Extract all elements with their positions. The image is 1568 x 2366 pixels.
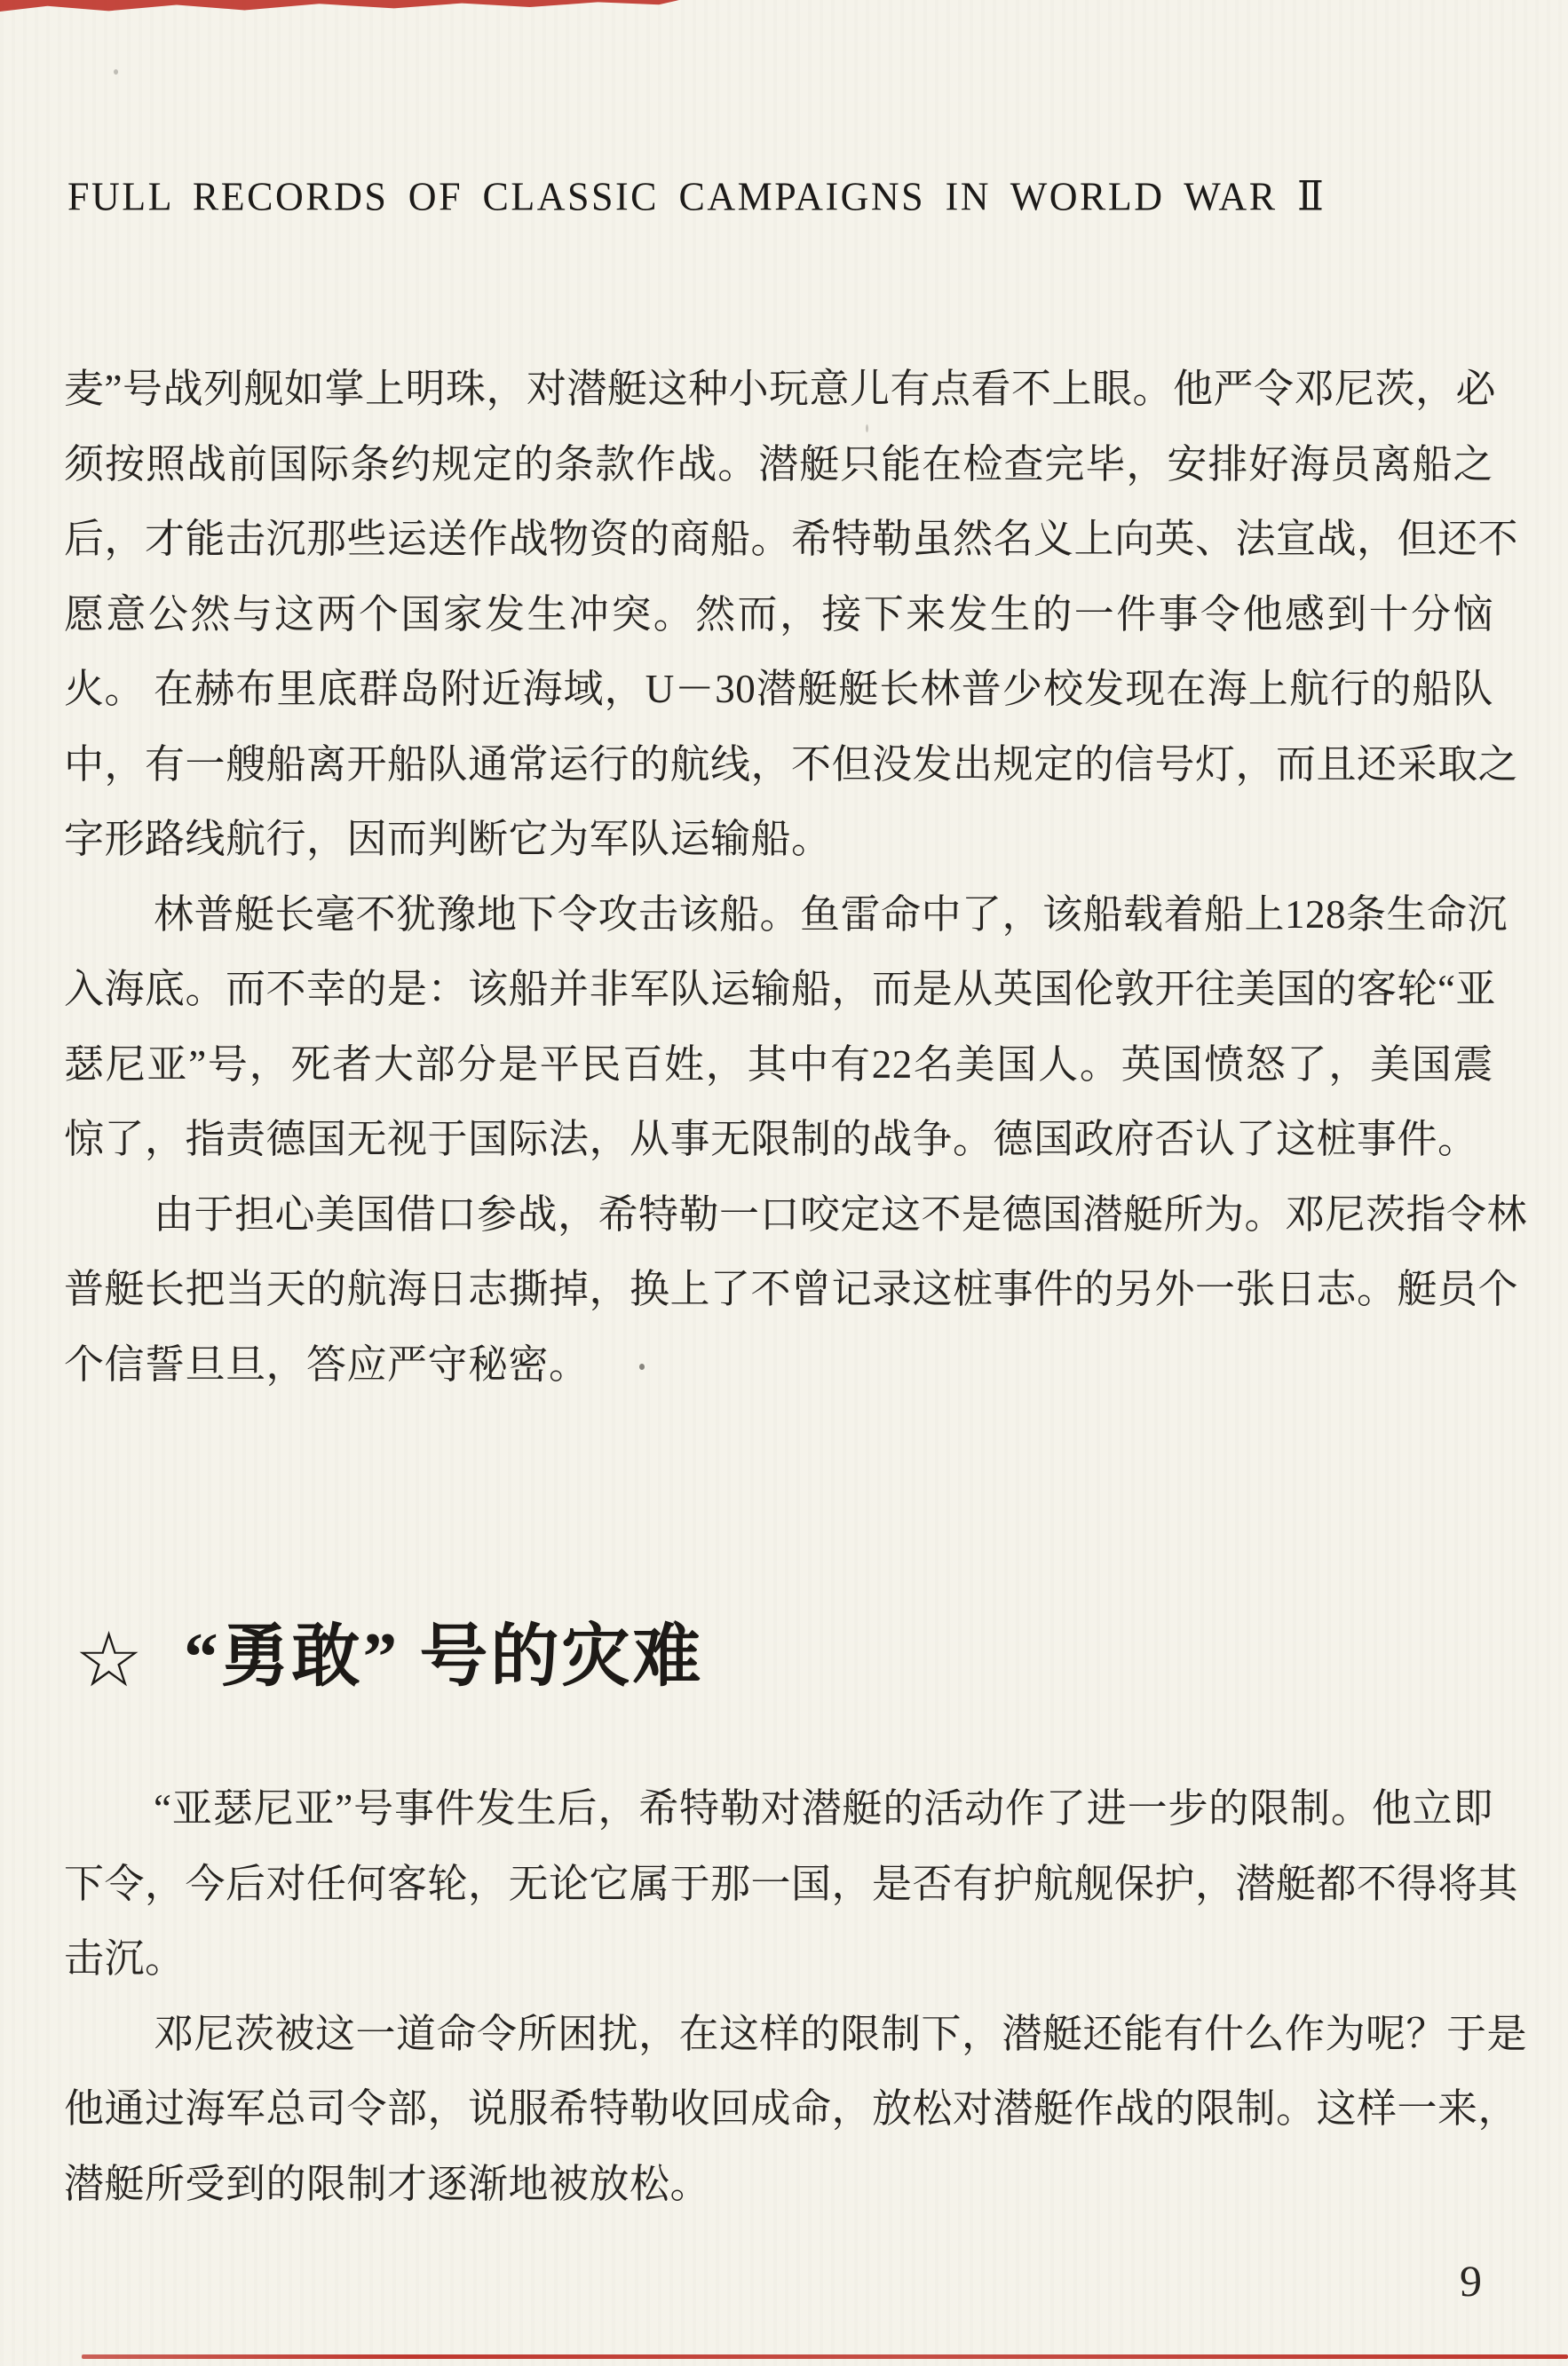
text-line: 下令，今后对任何客轮，无论它属于那一国，是否有护航舰保护，潜艇都不得将其 <box>64 1847 1493 1922</box>
text-line: 林普艇长毫不犹豫地下令攻击该船。鱼雷命中了，该船载着船上128条生命沉 <box>64 877 1493 953</box>
text-line: 在赫布里底群岛附近海域，U－30潜艇艇长林普少校发现在海上航行的船队 <box>64 652 1493 727</box>
dust-speck <box>114 69 118 75</box>
text-line: 瑟尼亚”号，死者大部分是平民百姓，其中有22名美国人。英国愤怒了，美国震 <box>64 1027 1493 1103</box>
red-page-edge-top <box>0 0 679 12</box>
star-icon: ☆ <box>75 1598 143 1722</box>
text-line: 击沉。 <box>64 1921 1493 1997</box>
dust-speck <box>639 1364 645 1370</box>
text-line: 普艇长把当天的航海日志撕掉，换上了不曾记录这桩事件的另外一张日志。艇员个 <box>64 1252 1493 1327</box>
body-text-block-2: “亚瑟尼亚”号事件发生后，希特勒对潜艇的活动作了进一步的限制。他立即下令，今后对… <box>64 1771 1493 2221</box>
body-text-block-1: 麦”号战列舰如掌上明珠，对潜艇这种小玩意儿有点看不上眼。他严令邓尼茨，必须按照战… <box>64 352 1493 1402</box>
text-line: “亚瑟尼亚”号事件发生后，希特勒对潜艇的活动作了进一步的限制。他立即 <box>64 1771 1493 1847</box>
text-line: 由于担心美国借口参战，希特勒一口咬定这不是德国潜艇所为。邓尼茨指令林 <box>64 1177 1493 1253</box>
dust-speck <box>866 424 868 432</box>
running-header: FULL RECORDS OF CLASSIC CAMPAIGNS IN WOR… <box>67 173 1506 220</box>
text-line: 字形路线航行，因而判断它为军队运输船。 <box>64 802 1493 877</box>
text-line: 个信誓旦旦，答应严守秘密。 <box>64 1327 1493 1403</box>
section-heading: ☆ “勇敢” 号的灾难 <box>75 1594 703 1719</box>
text-line: 愿意公然与这两个国家发生冲突。然而，接下来发生的一件事令他感到十分恼火。 <box>64 577 1493 653</box>
text-line: 中，有一艘船离开船队通常运行的航线，不但没发出规定的信号灯，而且还采取之 <box>64 727 1493 803</box>
page-number: 9 <box>1460 2255 1482 2307</box>
text-line: 惊了，指责德国无视于国际法，从事无限制的战争。德国政府否认了这桩事件。 <box>64 1102 1493 1177</box>
text-line: 潜艇所受到的限制才逐渐地被放松。 <box>64 2147 1493 2222</box>
book-page: FULL RECORDS OF CLASSIC CAMPAIGNS IN WOR… <box>0 0 1568 2366</box>
text-line: 邓尼茨被这一道命令所困扰，在这样的限制下，潜艇还能有什么作为呢？于是 <box>64 1997 1493 2072</box>
text-line: 后，才能击沉那些运送作战物资的商船。希特勒虽然名义上向英、法宣战，但还不 <box>64 502 1493 577</box>
red-page-edge-bottom <box>82 2354 1568 2359</box>
text-line: 他通过海军总司令部，说服希特勒收回成命，放松对潜艇作战的限制。这样一来， <box>64 2071 1493 2147</box>
text-line: 须按照战前国际条约规定的条款作战。潜艇只能在检查完毕，安排好海员离船之 <box>64 427 1493 502</box>
text-line: 入海底。而不幸的是：该船并非军队运输船，而是从英国伦敦开往美国的客轮“亚 <box>64 952 1493 1027</box>
section-heading-title: “勇敢” 号的灾难 <box>184 1594 703 1719</box>
text-line: 麦”号战列舰如掌上明珠，对潜艇这种小玩意儿有点看不上眼。他严令邓尼茨，必 <box>64 352 1493 427</box>
